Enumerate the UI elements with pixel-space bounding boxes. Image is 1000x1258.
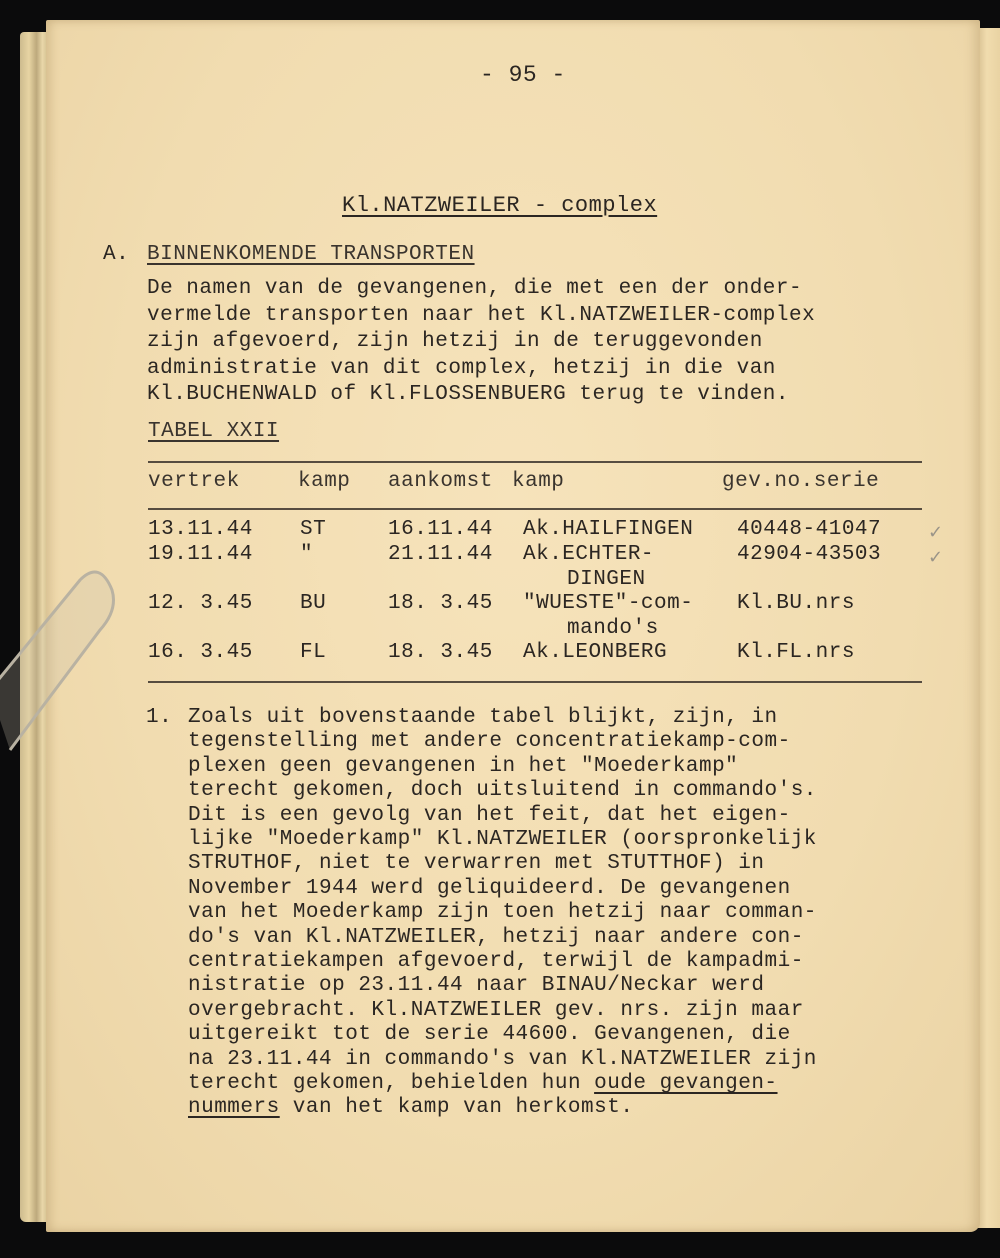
intro-line: Kl.BUCHENWALD of Kl.FLOSSENBUERG terug t… xyxy=(147,383,789,406)
cell-destination: Ak.HAILFINGEN xyxy=(523,518,693,541)
section-label: A. xyxy=(103,243,129,266)
note-line: do's van Kl.NATZWEILER, hetzij naar ande… xyxy=(188,926,804,949)
cell-serie: 40448-41047 xyxy=(737,518,881,541)
intro-line: vermelde transporten naar het Kl.NATZWEI… xyxy=(147,304,815,327)
note-line: centratiekampen afgevoerd, terwijl de ka… xyxy=(188,950,804,973)
note-line: overgebracht. Kl.NATZWEILER gev. nrs. zi… xyxy=(188,999,804,1022)
cell-kamp: ST xyxy=(300,518,326,541)
note-line: November 1944 werd geliquideerd. De geva… xyxy=(188,877,791,900)
cell-destination: Ak.LEONBERG xyxy=(523,641,667,664)
note-line: Dit is een gevolg van het feit, dat het … xyxy=(188,804,791,827)
cell-vertrek: 19.11.44 xyxy=(148,543,253,566)
note-line: van het kamp van herkomst. xyxy=(280,1096,634,1119)
note-line: na 23.11.44 in commando's van Kl.NATZWEI… xyxy=(188,1048,817,1071)
note-line: van het Moederkamp zijn toen hetzij naar… xyxy=(188,901,817,924)
paperclip-icon xyxy=(0,570,120,760)
table-bottom-rule xyxy=(148,681,922,683)
page-title: Kl.NATZWEILER - complex xyxy=(342,193,657,218)
cell-destination: Ak.ECHTER- xyxy=(523,543,654,566)
check-mark-icon: ✓ xyxy=(928,547,943,568)
cell-vertrek: 16. 3.45 xyxy=(148,641,253,664)
cell-serie: Kl.BU.nrs xyxy=(737,592,855,615)
table-top-rule xyxy=(148,461,922,463)
note-line: Zoals uit bovenstaande tabel blijkt, zij… xyxy=(188,706,778,729)
cell-destination: "WUESTE"-com- xyxy=(523,592,693,615)
underlined-text: nummers xyxy=(188,1096,280,1119)
intro-line: zijn afgevoerd, zijn hetzij in de terugg… xyxy=(147,330,763,353)
note-line: nistratie op 23.11.44 naar BINAU/Neckar … xyxy=(188,974,765,997)
cell-vertrek: 13.11.44 xyxy=(148,518,253,541)
note-number: 1. xyxy=(146,706,172,729)
cell-aankomst: 21.11.44 xyxy=(388,543,493,566)
note-line: plexen geen gevangenen in het "Moederkam… xyxy=(188,755,738,778)
cell-aankomst: 16.11.44 xyxy=(388,518,493,541)
cell-aankomst: 18. 3.45 xyxy=(388,592,493,615)
intro-line: De namen van de gevangenen, die met een … xyxy=(147,277,802,300)
header-kamp: kamp xyxy=(298,470,350,493)
cell-vertrek: 12. 3.45 xyxy=(148,592,253,615)
cell-kamp: " xyxy=(300,543,313,566)
note-line: uitgereikt tot de serie 44600. Gevangene… xyxy=(188,1023,791,1046)
cell-destination-cont: DINGEN xyxy=(567,568,646,591)
note-line: STRUTHOF, niet te verwarren met STUTTHOF… xyxy=(188,852,765,875)
header-gev-no-serie: gev.no.serie xyxy=(722,470,879,493)
next-page-edge xyxy=(978,28,1000,1228)
cell-kamp: FL xyxy=(300,641,326,664)
note-line: terecht gekomen, behielden hun xyxy=(188,1072,594,1095)
cell-serie: 42904-43503 xyxy=(737,543,881,566)
check-mark-icon: ✓ xyxy=(928,522,943,543)
cell-kamp: BU xyxy=(300,592,326,615)
header-kamp-destination: kamp xyxy=(512,470,564,493)
header-vertrek: vertrek xyxy=(148,470,240,493)
table-header-rule xyxy=(148,508,922,510)
section-heading: BINNENKOMENDE TRANSPORTEN xyxy=(147,243,475,266)
header-aankomst: aankomst xyxy=(388,470,493,493)
cell-destination-cont: mando's xyxy=(567,617,659,640)
note-line: terecht gekomen, doch uitsluitend in com… xyxy=(188,779,817,802)
note-line: tegenstelling met andere concentratiekam… xyxy=(188,730,791,753)
table-caption: TABEL XXII xyxy=(148,420,279,443)
intro-line: administratie van dit complex, hetzij in… xyxy=(147,357,776,380)
cell-aankomst: 18. 3.45 xyxy=(388,641,493,664)
underlined-text: oude gevangen- xyxy=(594,1072,777,1095)
page-number: - 95 - xyxy=(480,62,566,88)
note-line: lijke "Moederkamp" Kl.NATZWEILER (oorspr… xyxy=(188,828,817,851)
cell-serie: Kl.FL.nrs xyxy=(737,641,855,664)
